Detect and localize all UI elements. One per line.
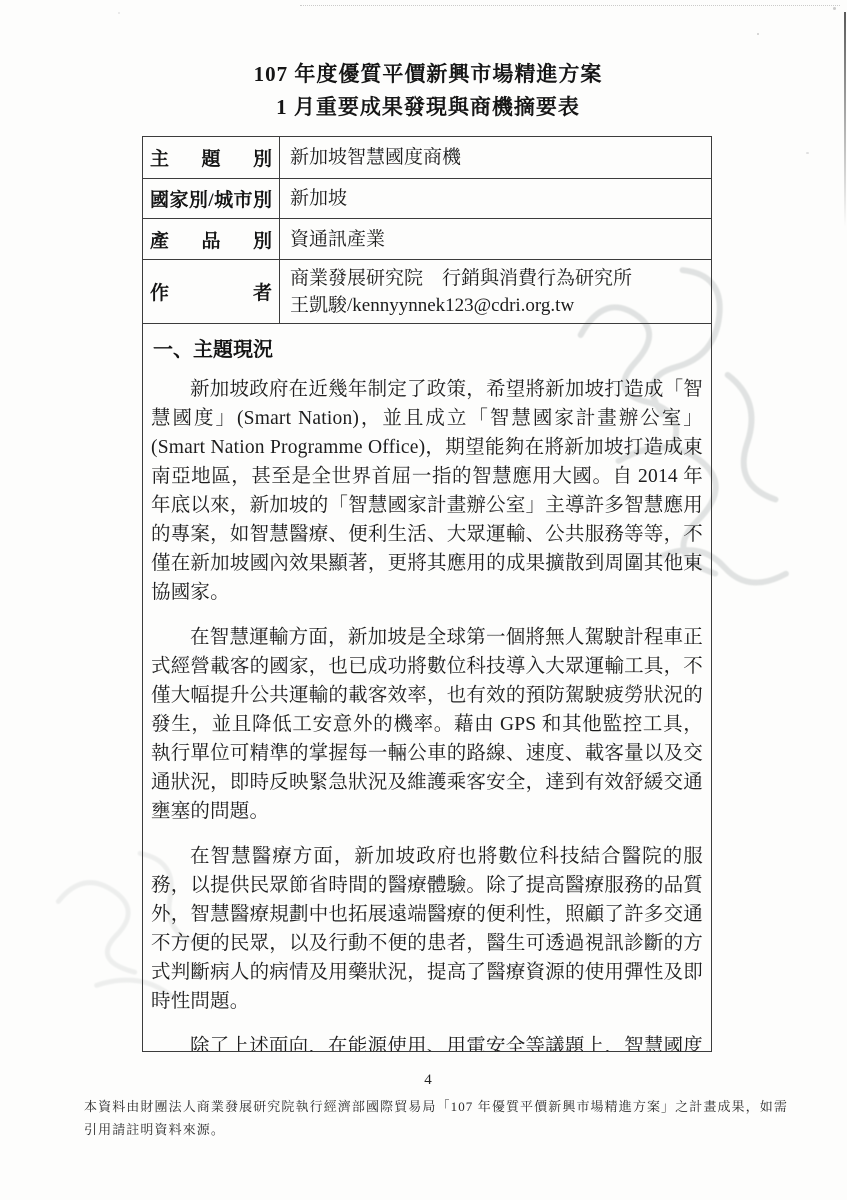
author-value-cell: 商業發展研究院 行銷與消費行為研究所 王凱駿/kennyynnek123@cdr… [280, 260, 711, 323]
document-title-line2: 1 月重要成果發現與商機摘要表 [20, 91, 836, 124]
country-value-cell: 新加坡 [280, 179, 711, 218]
body-paragraph-1: 新加坡政府在近幾年制定了政策，希望將新加坡打造成「智慧國度」(Smart Nat… [151, 375, 703, 607]
body-paragraph-3: 在智慧醫療方面，新加坡政府也將數位科技結合醫院的服務，以提供民眾節省時間的醫療體… [151, 842, 703, 1016]
body-paragraph-2: 在智慧運輸方面，新加坡是全球第一個將無人駕駛計程車正式經營載客的國家，也已成功將… [151, 623, 703, 826]
author-label: 作 者 [150, 278, 272, 305]
country-value: 新加坡 [290, 185, 701, 212]
table-row-product: 產 品 別 資通訊產業 [143, 219, 711, 260]
scan-speck [806, 152, 809, 154]
scan-artifact-edge-line [844, 12, 846, 227]
table-row-author: 作 者 商業發展研究院 行銷與消費行為研究所 王凱駿/kennyynnek123… [143, 260, 711, 324]
page-number: 4 [20, 1072, 836, 1089]
footnote-line2: 引用請註明資料來源。 [84, 1118, 800, 1141]
table-row-topic: 主 題 別 新加坡智慧國度商機 [143, 137, 711, 179]
topic-value-cell: 新加坡智慧國度商機 [280, 137, 711, 178]
country-label-cell: 國家別/城市別 [143, 179, 280, 218]
topic-value: 新加坡智慧國度商機 [290, 144, 701, 171]
scan-speck [757, 33, 759, 35]
author-label-cell: 作 者 [143, 260, 280, 323]
author-organization: 商業發展研究院 行銷與消費行為研究所 [290, 265, 701, 292]
product-label: 產 品 別 [150, 226, 272, 253]
document-title: 107 年度優質平價新興市場精進方案 1 月重要成果發現與商機摘要表 [20, 58, 836, 124]
product-value: 資通訊產業 [290, 226, 701, 253]
author-name-email: 王凱駿/kennyynnek123@cdri.org.tw [290, 292, 701, 319]
scan-artifact-dotted-line [300, 5, 840, 6]
scan-speck [118, 12, 120, 14]
body-paragraph-4: 除了上述面向，在能源使用、用電安全等議題上，智慧國度計畫也有一系列的配套規劃措施… [151, 1032, 703, 1051]
section-content-cell: 一、主題現況 新加坡政府在近幾年制定了政策，希望將新加坡打造成「智慧國度」(Sm… [143, 324, 711, 1051]
product-label-cell: 產 品 別 [143, 219, 280, 259]
summary-table: 主 題 別 新加坡智慧國度商機 國家別/城市別 新加坡 產 品 別 資通訊產業 [142, 136, 712, 1052]
footnote: 本資料由財團法人商業發展研究院執行經濟部國際貿易局「107 年優質平價新興市場精… [84, 1095, 800, 1141]
section-title: 一、主題現況 [153, 333, 703, 362]
footnote-line1: 本資料由財團法人商業發展研究院執行經濟部國際貿易局「107 年優質平價新興市場精… [84, 1095, 800, 1118]
country-label: 國家別/城市別 [150, 185, 272, 212]
scan-speck [833, 7, 836, 10]
topic-label-cell: 主 題 別 [143, 137, 280, 178]
topic-label: 主 題 別 [150, 144, 272, 171]
document-title-line1: 107 年度優質平價新興市場精進方案 [20, 58, 836, 91]
scanned-document-page: 107 年度優質平價新興市場精進方案 1 月重要成果發現與商機摘要表 主 題 別… [0, 0, 847, 1200]
product-value-cell: 資通訊產業 [280, 219, 711, 259]
table-row-country: 國家別/城市別 新加坡 [143, 179, 711, 219]
